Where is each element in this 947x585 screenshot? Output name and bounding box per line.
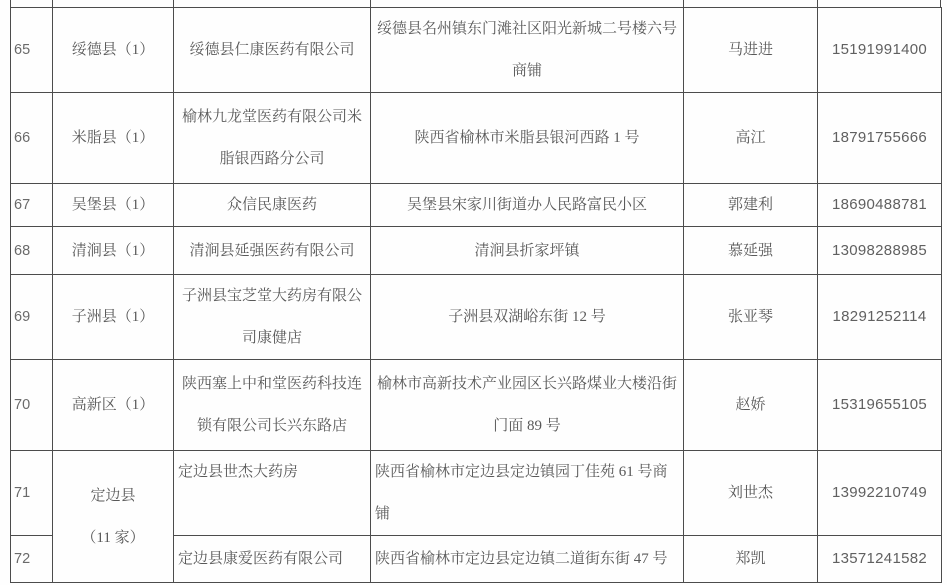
cell-seq: 70 — [11, 360, 53, 451]
cell-company: 子洲县宝芝堂大药房有限公司康健店 — [174, 275, 371, 360]
cell-address: 陕西省榆林市定边县定边镇二道街东街 47 号 — [371, 536, 684, 583]
cell-contact: 慕延强 — [684, 227, 818, 275]
cell-phone: 13098288985 — [818, 227, 942, 275]
cell-county: 高新区（1） — [53, 360, 174, 451]
cell-county: 清涧县（1） — [53, 227, 174, 275]
cell-seq: 67 — [11, 184, 53, 227]
cell-seq: 72 — [11, 536, 53, 583]
cell-company: 榆林九龙堂医药有限公司米脂银西路分公司 — [174, 93, 371, 184]
cell-phone: 15319655105 — [818, 360, 942, 451]
cell-address: 子洲县双湖峪东街 12 号 — [371, 275, 684, 360]
cell-seq: 69 — [11, 275, 53, 360]
document-page: 65 绥德县（1） 绥德县仁康医药有限公司 绥德县名州镇东门滩社区阳光新城二号楼… — [0, 0, 947, 585]
cell-seq: 68 — [11, 227, 53, 275]
table-row: 65 绥德县（1） 绥德县仁康医药有限公司 绥德县名州镇东门滩社区阳光新城二号楼… — [11, 8, 942, 93]
cell-county: 绥德县（1） — [53, 8, 174, 93]
cell-address: 榆林市高新技术产业园区长兴路煤业大楼沿街门面 89 号 — [371, 360, 684, 451]
cell-seq: 65 — [11, 8, 53, 93]
cell-contact: 郑凯 — [684, 536, 818, 583]
cell-company: 定边县康爱医药有限公司 — [174, 536, 371, 583]
grid-line-stub — [10, 0, 11, 7]
cell-phone: 13992210749 — [818, 451, 942, 536]
table-row: 71 定边县 （11 家） 定边县世杰大药房 陕西省榆林市定边县定边镇园丁佳苑 … — [11, 451, 942, 536]
grid-line-stub — [52, 0, 53, 7]
cell-contact: 郭建利 — [684, 184, 818, 227]
grid-line-stub — [817, 0, 818, 7]
cell-contact: 赵娇 — [684, 360, 818, 451]
cell-contact: 张亚琴 — [684, 275, 818, 360]
cell-phone: 18291252114 — [818, 275, 942, 360]
cell-address: 陕西省榆林市米脂县银河西路 1 号 — [371, 93, 684, 184]
cell-county: 吴堡县（1） — [53, 184, 174, 227]
cell-county-merged: 定边县 （11 家） — [53, 451, 174, 583]
cell-company: 定边县世杰大药房 — [174, 451, 371, 536]
cell-address: 绥德县名州镇东门滩社区阳光新城二号楼六号商铺 — [371, 8, 684, 93]
table-row: 68 清涧县（1） 清涧县延强医药有限公司 清涧县折家坪镇 慕延强 130982… — [11, 227, 942, 275]
cell-contact: 马进进 — [684, 8, 818, 93]
cell-contact: 高江 — [684, 93, 818, 184]
grid-line-stub — [173, 0, 174, 7]
cell-contact: 刘世杰 — [684, 451, 818, 536]
cell-company: 众信民康医药 — [174, 184, 371, 227]
table-row: 69 子洲县（1） 子洲县宝芝堂大药房有限公司康健店 子洲县双湖峪东街 12 号… — [11, 275, 942, 360]
cell-phone: 13571241582 — [818, 536, 942, 583]
cell-seq: 66 — [11, 93, 53, 184]
cell-seq: 71 — [11, 451, 53, 536]
grid-line-stub — [940, 0, 941, 7]
cell-county: 米脂县（1） — [53, 93, 174, 184]
cell-company: 清涧县延强医药有限公司 — [174, 227, 371, 275]
table-row: 70 高新区（1） 陕西塞上中和堂医药科技连锁有限公司长兴东路店 榆林市高新技术… — [11, 360, 942, 451]
cell-company: 绥德县仁康医药有限公司 — [174, 8, 371, 93]
grid-line-stub — [370, 0, 371, 7]
cell-phone: 15191991400 — [818, 8, 942, 93]
pharmacy-table: 65 绥德县（1） 绥德县仁康医药有限公司 绥德县名州镇东门滩社区阳光新城二号楼… — [10, 7, 942, 583]
table-row: 67 吴堡县（1） 众信民康医药 吴堡县宋家川街道办人民路富民小区 郭建利 18… — [11, 184, 942, 227]
table-row: 66 米脂县（1） 榆林九龙堂医药有限公司米脂银西路分公司 陕西省榆林市米脂县银… — [11, 93, 942, 184]
grid-line-stub — [683, 0, 684, 7]
cell-phone: 18690488781 — [818, 184, 942, 227]
cell-address: 吴堡县宋家川街道办人民路富民小区 — [371, 184, 684, 227]
cell-phone: 18791755666 — [818, 93, 942, 184]
cell-address: 清涧县折家坪镇 — [371, 227, 684, 275]
cell-address: 陕西省榆林市定边县定边镇园丁佳苑 61 号商铺 — [371, 451, 684, 536]
cell-company: 陕西塞上中和堂医药科技连锁有限公司长兴东路店 — [174, 360, 371, 451]
cell-county: 子洲县（1） — [53, 275, 174, 360]
